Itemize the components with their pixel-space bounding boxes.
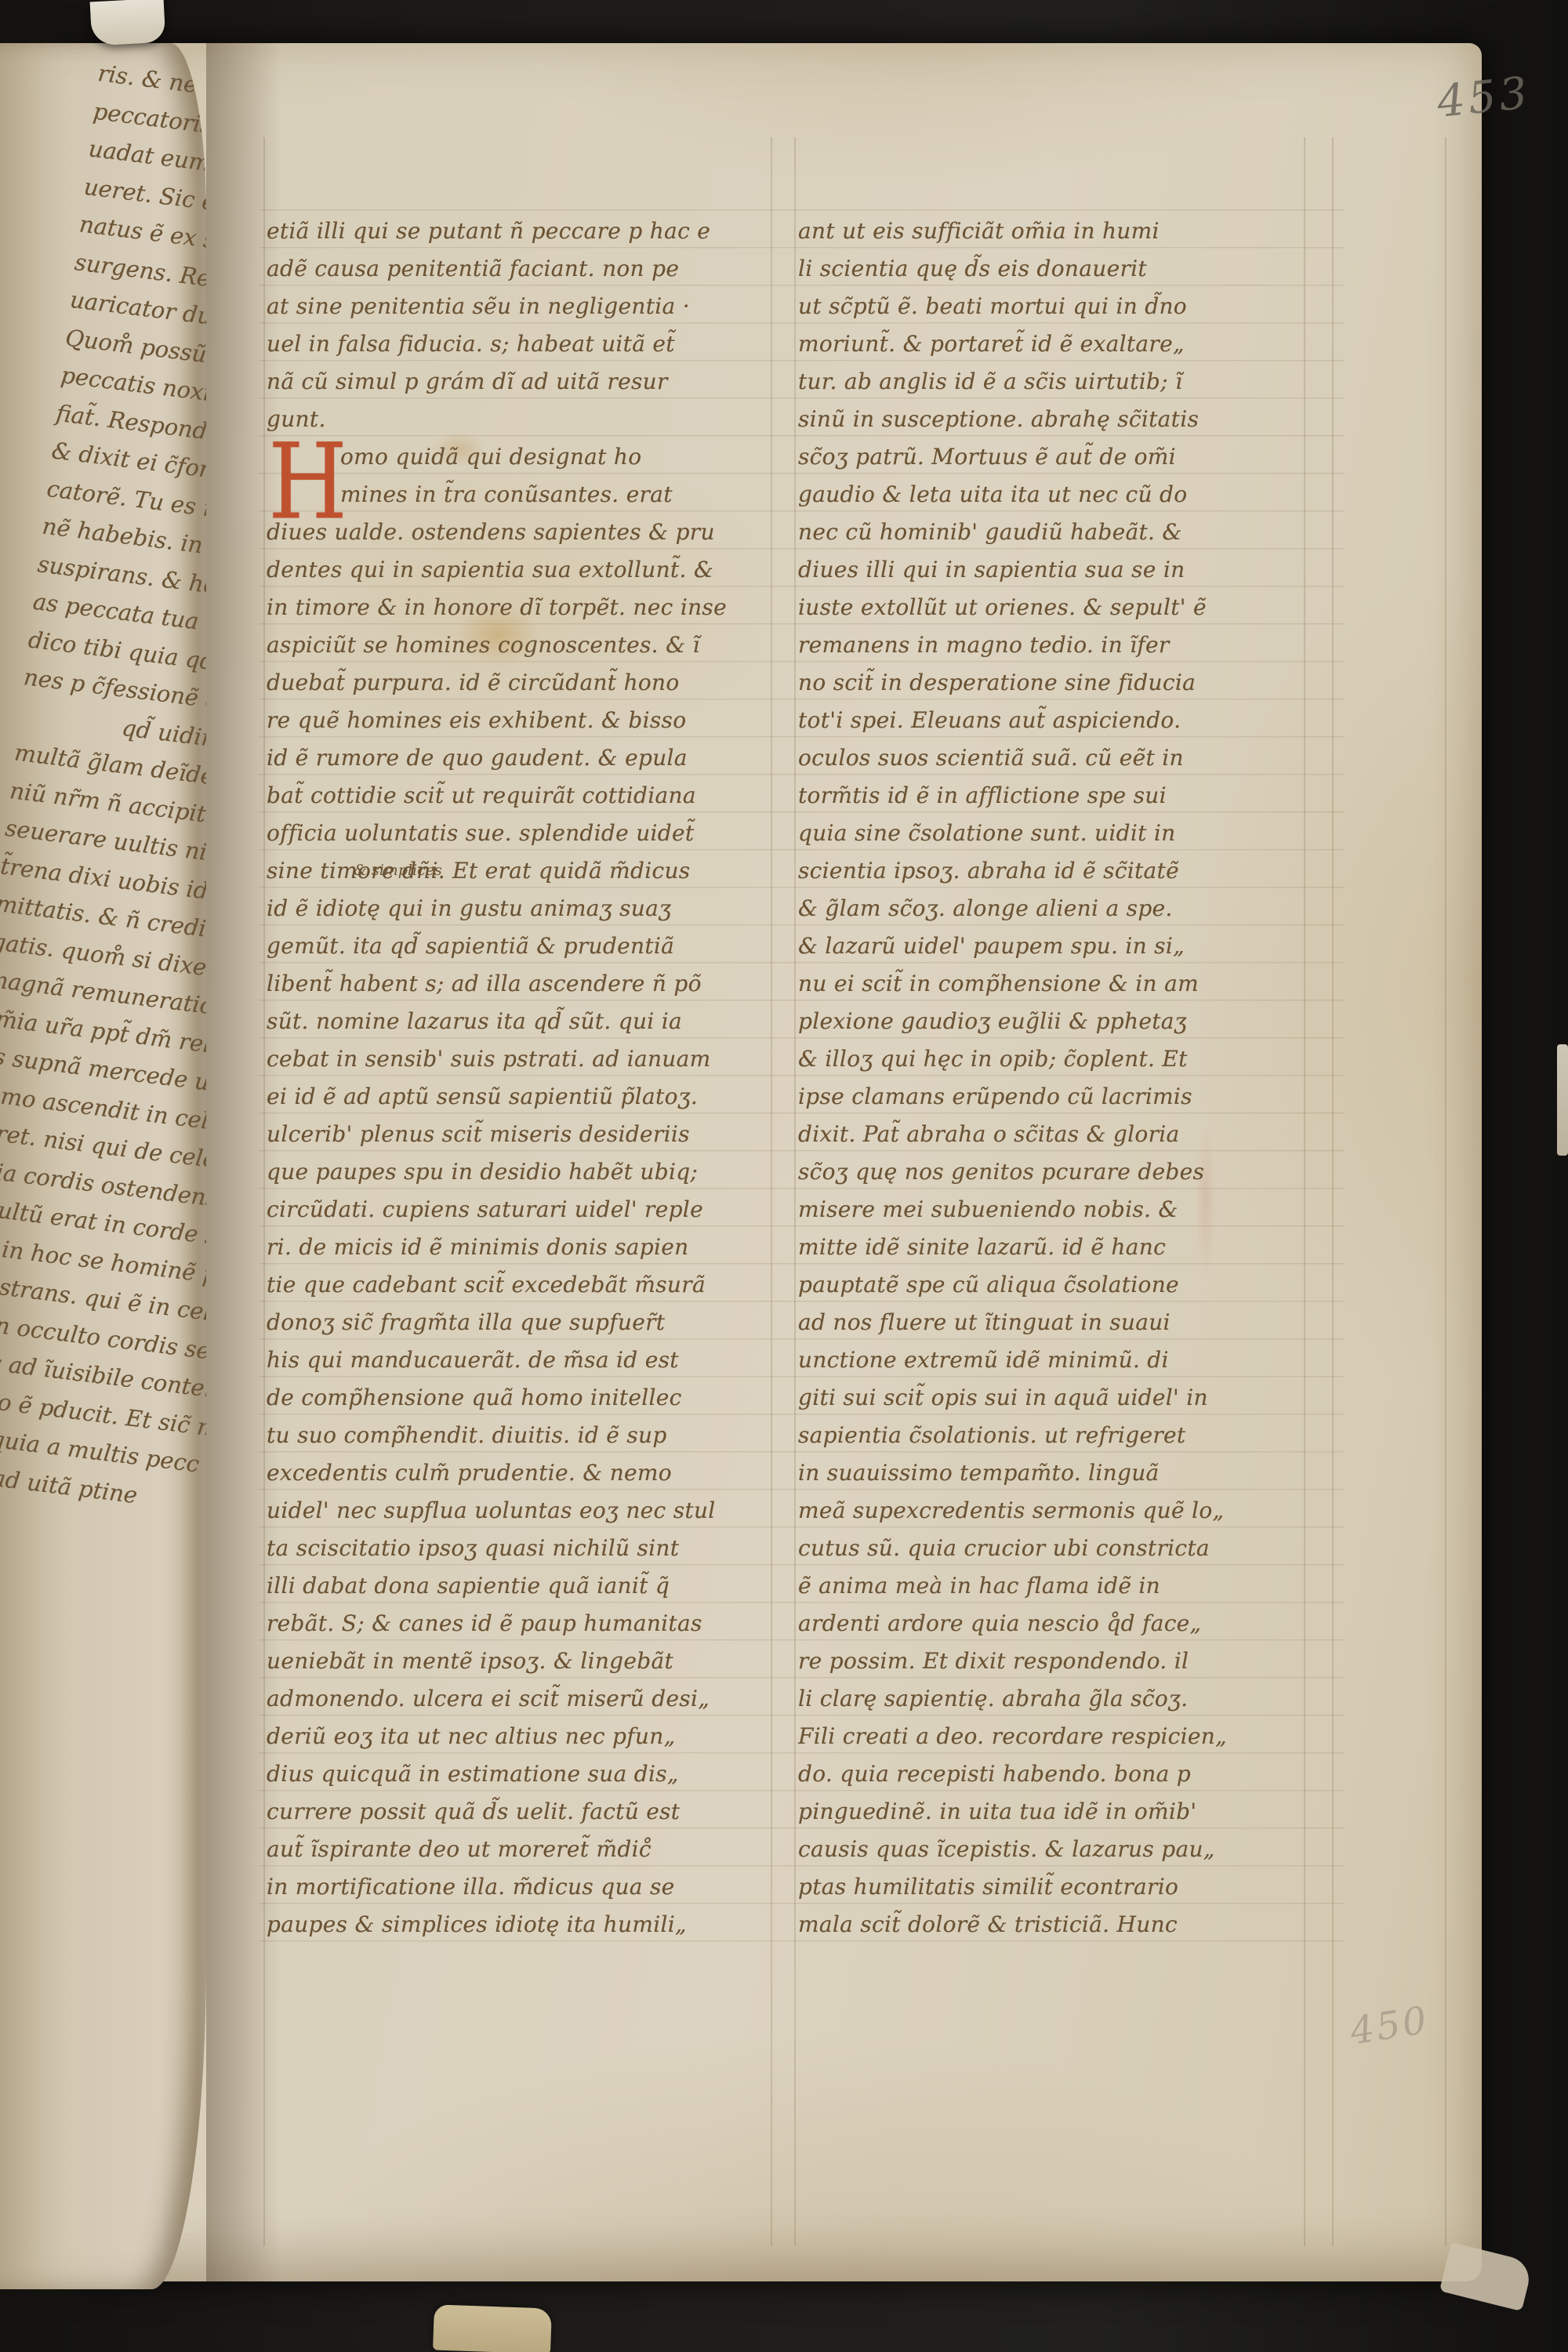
manuscript-line: ut sc̃ptũ ẽ. beati mortui qui in d̃no xyxy=(798,288,1316,325)
manuscript-line: gemũt. ita qd̃ sapientiã & prudentiã xyxy=(267,927,776,965)
manuscript-line: que paupes spu in desidio habẽt ubiq; xyxy=(267,1153,776,1191)
vertical-ruling-line xyxy=(794,137,796,2246)
manuscript-line: causis quas ĩcepistis. & lazarus pau„ xyxy=(798,1831,1316,1868)
manuscript-line: & lazarũ uidel' paupem spu. in si„ xyxy=(798,927,1316,965)
manuscript-line: adẽ causa penitentiã faciant. non pe xyxy=(267,250,776,288)
manuscript-line: bat̃ cottidie scit̃ ut requirãt cottidia… xyxy=(267,777,776,815)
manuscript-line: re quẽ homines eis exhibent. & bisso xyxy=(267,702,776,739)
manuscript-line: etiã illi qui se putant ñ peccare p hac … xyxy=(267,212,776,250)
manuscript-line: remanens in magno tedio. in ĩfer xyxy=(798,626,1316,664)
manuscript-line: ardenti ardore quia nescio q̊d face„ xyxy=(798,1605,1316,1642)
manuscript-line: at sine penitentia sẽu in negligentia · xyxy=(267,288,776,325)
manuscript-line: mitte idẽ sinite lazarũ. id ẽ hanc xyxy=(798,1229,1316,1266)
manuscript-line: id ẽ idiotę qui in gustu animaʒ suaʒ xyxy=(267,890,776,927)
manuscript-line: sc̃oʒ quę nos genitos pcurare debes xyxy=(798,1153,1316,1191)
manuscript-line: officia uoluntatis sue. splendide uidet̃ xyxy=(267,815,776,852)
manuscript-line: sũt. nomine lazarus ita qd̃ sũt. qui ia xyxy=(267,1003,776,1040)
manuscript-line: omo quidã qui designat ho xyxy=(267,438,776,476)
manuscript-line: scientia ipsoʒ. abraha id ẽ sc̃itatẽ xyxy=(798,852,1316,890)
page-corner xyxy=(1439,2242,1534,2311)
manuscript-line: tu suo comp̃hendit. diuitis. id ẽ sup xyxy=(267,1417,776,1454)
manuscript-line: illi dabat dona sapientie quã ianit̃ q̃ xyxy=(267,1567,776,1605)
folio-number-pencil: 453 xyxy=(1435,67,1533,128)
manuscript-line: ei id ẽ ad aptũ sensũ sapientiũ p̃latoʒ. xyxy=(267,1078,776,1116)
manuscript-line: pinguedinẽ. in uita tua idẽ in om̃ib' xyxy=(798,1793,1316,1831)
previous-page-edge: ris. & nescis uñ ueniat ppeccatoris eum … xyxy=(0,43,206,2289)
manuscript-line: ueniebãt in mentẽ ipsoʒ. & lingebãt xyxy=(267,1642,776,1680)
tailband xyxy=(433,2304,552,2352)
previous-page-text: ris. & nescis uñ ueniat ppeccatoris eum … xyxy=(0,54,206,1561)
manuscript-line: in suauissimo tempam̃to. linguã xyxy=(798,1454,1316,1492)
manuscript-line: re possim. Et dixit respondendo. il xyxy=(798,1642,1316,1680)
manuscript-line: donoʒ sic̃ fragm̃ta illa que supfuer̃t xyxy=(267,1304,776,1341)
manuscript-line: id ẽ rumore de quo gaudent. & epula xyxy=(267,739,776,777)
fore-edge-sliver xyxy=(1557,1044,1568,1156)
manuscript-line: cebat in sensib' suis pstrati. ad ianuam xyxy=(267,1040,776,1078)
manuscript-line: ulcerib' plenus scit̃ miseris desideriis xyxy=(267,1116,776,1153)
manuscript-line: quia sine c̃solatione sunt. uidit in xyxy=(798,815,1316,852)
manuscript-line: gunt. xyxy=(267,401,776,438)
manuscript-line: aut̃ ĩspirante deo ut moreret̃ m̃dic̊ xyxy=(267,1831,776,1868)
manuscript-line: sc̃oʒ patrũ. Mortuus ẽ aut̃ de om̃i xyxy=(798,438,1316,476)
manuscript-line: plexione gaudioʒ eug̃lii & pphetaʒ xyxy=(798,1003,1316,1040)
manuscript-line: currere possit quã d̃s uelit. factũ est xyxy=(267,1793,776,1831)
manuscript-line: unctione extremũ idẽ minimũ. di xyxy=(798,1341,1316,1379)
manuscript-line: iuste extollũt ut orienes. & sepult' ẽ xyxy=(798,589,1316,626)
manuscript-line: admonendo. ulcera ei scit̃ miserũ desi„ xyxy=(267,1680,776,1718)
manuscript-line: sine timore dñi. Et erat quidã m̃dicus xyxy=(267,852,776,890)
vertical-ruling-line xyxy=(1445,137,1446,2246)
manuscript-line: tie que cadebant scit̃ excedebãt m̃surã xyxy=(267,1266,776,1304)
manuscript-line: & g̃lam sc̃oʒ. alonge alieni a spe. xyxy=(798,890,1316,927)
vertical-ruling-line xyxy=(1332,137,1334,2246)
manuscript-line: aspiciũt se homines cognoscentes. & ĩ xyxy=(267,626,776,664)
manuscript-line: nec cũ hominib' gaudiũ habeãt. & xyxy=(798,514,1316,551)
manuscript-line: uidel' nec supflua uoluntas eoʒ nec stul xyxy=(267,1492,776,1530)
manuscript-line: deriũ eoʒ ita ut nec altius nec pfun„ xyxy=(267,1718,776,1755)
manuscript-line: nu ei scit̃ in comp̃hensione & in am xyxy=(798,965,1316,1003)
manuscript-line: ptas humilitatis similit̃ econtrario xyxy=(798,1868,1316,1906)
manuscript-line: excedentis culm̃ prudentie. & nemo xyxy=(267,1454,776,1492)
manuscript-line: gaudio & leta uita ita ut nec cũ do xyxy=(798,476,1316,514)
manuscript-line: ad nos fluere ut ĩtinguat in suaui xyxy=(798,1304,1316,1341)
manuscript-line: de comp̃hensione quã homo initellec xyxy=(267,1379,776,1417)
manuscript-line: duebat̃ purpura. id ẽ circũdant̃ hono xyxy=(267,664,776,702)
right-text-column: ant ut eis sufficiãt om̃ia in humili sci… xyxy=(798,212,1316,1944)
manuscript-line: in timore & in honore dĩ torpẽt. nec ins… xyxy=(267,589,776,626)
manuscript-line: diues illi qui in sapientia sua se in xyxy=(798,551,1316,589)
vertical-ruling-line xyxy=(263,137,265,2246)
manuscript-line: oculos suos scientiã suã. cũ eẽt in xyxy=(798,739,1316,777)
manuscript-line: torm̃tis id ẽ in afflictione spe sui xyxy=(798,777,1316,815)
manuscript-line: & illoʒ qui hęc in opib; c̃oplent. Et xyxy=(798,1040,1316,1078)
manuscript-line: mala scit̃ dolorẽ & tristiciã. Hunc xyxy=(798,1906,1316,1944)
manuscript-line: li scientia quę d̃s eis donauerit xyxy=(798,250,1316,288)
manuscript-line: sapientia c̃solationis. ut refrigeret xyxy=(798,1417,1316,1454)
manuscript-page: H & simplices etiã illi qui se putant ñ … xyxy=(74,43,1482,2281)
manuscript-line: paupes & simplices idiotę ita humili„ xyxy=(267,1906,776,1944)
manuscript-line: giti sui scit̃ opis sui in aquã uidel' i… xyxy=(798,1379,1316,1417)
manuscript-line: dixit. Pat̃ abraha o sc̃itas & gloria xyxy=(798,1116,1316,1153)
manuscript-line: ant ut eis sufficiãt om̃ia in humi xyxy=(798,212,1316,250)
manuscript-line: sinũ in susceptione. abrahę sc̃itatis xyxy=(798,401,1316,438)
manuscript-line: ta sciscitatio ipsoʒ quasi nichilũ sint xyxy=(267,1530,776,1567)
manuscript-line: ipse clamans erũpendo cũ lacrimis xyxy=(798,1078,1316,1116)
manuscript-line: his qui manducauerãt. de m̃sa id est xyxy=(267,1341,776,1379)
manuscript-line: cutus sũ. quia crucior ubi constricta xyxy=(798,1530,1316,1567)
manuscript-line: do. quia recepisti habendo. bona p xyxy=(798,1755,1316,1793)
manuscript-line: mines in t̃ra conũsantes. erat xyxy=(267,476,776,514)
manuscript-line: rebãt. S; & canes id ẽ paup humanitas xyxy=(267,1605,776,1642)
manuscript-line: tur. ab anglis id ẽ a sc̃is uirtutib; ĩ xyxy=(798,363,1316,401)
manuscript-line: no scit̃ in desperatione sine fiducia xyxy=(798,664,1316,702)
manuscript-line: misere mei subueniendo nobis. & xyxy=(798,1191,1316,1229)
manuscript-line: li clarę sapientię. abraha g̃la sc̃oʒ. xyxy=(798,1680,1316,1718)
manuscript-line: dentes qui in sapientia sua extollunt̃. … xyxy=(267,551,776,589)
manuscript-line: in mortificatione illa. m̃dicus qua se xyxy=(267,1868,776,1906)
manuscript-photo: H & simplices etiã illi qui se putant ñ … xyxy=(0,0,1568,2352)
manuscript-line: libent̃ habent s; ad illa ascendere ñ põ xyxy=(267,965,776,1003)
manuscript-line: nã cũ simul p grám dĩ ad uitã resur xyxy=(267,363,776,401)
manuscript-line: tot'i spei. Eleuans aut̃ aspiciendo. xyxy=(798,702,1316,739)
manuscript-line: meã supexcredentis sermonis quẽ lo„ xyxy=(798,1492,1316,1530)
manuscript-line: pauptatẽ spe cũ aliqua c̃solatione xyxy=(798,1266,1316,1304)
manuscript-line: diues ualde. ostendens sapientes & pru xyxy=(267,514,776,551)
headband xyxy=(90,0,166,45)
manuscript-line: circũdati. cupiens saturari uidel' reple xyxy=(267,1191,776,1229)
left-text-column: etiã illi qui se putant ñ peccare p hac … xyxy=(267,212,776,1944)
manuscript-line: Fili creati a deo. recordare respicien„ xyxy=(798,1718,1316,1755)
manuscript-line: ẽ anima meà in hac flama idẽ in xyxy=(798,1567,1316,1605)
manuscript-line: dius quicquã in estimatione sua dis„ xyxy=(267,1755,776,1793)
manuscript-line: uel in falsa fiducia. s; habeat uitã et̃ xyxy=(267,325,776,363)
manuscript-line: moriunt̃. & portaret̃ id ẽ exaltare„ xyxy=(798,325,1316,363)
manuscript-line: ri. de micis id ẽ minimis donis sapien xyxy=(267,1229,776,1266)
